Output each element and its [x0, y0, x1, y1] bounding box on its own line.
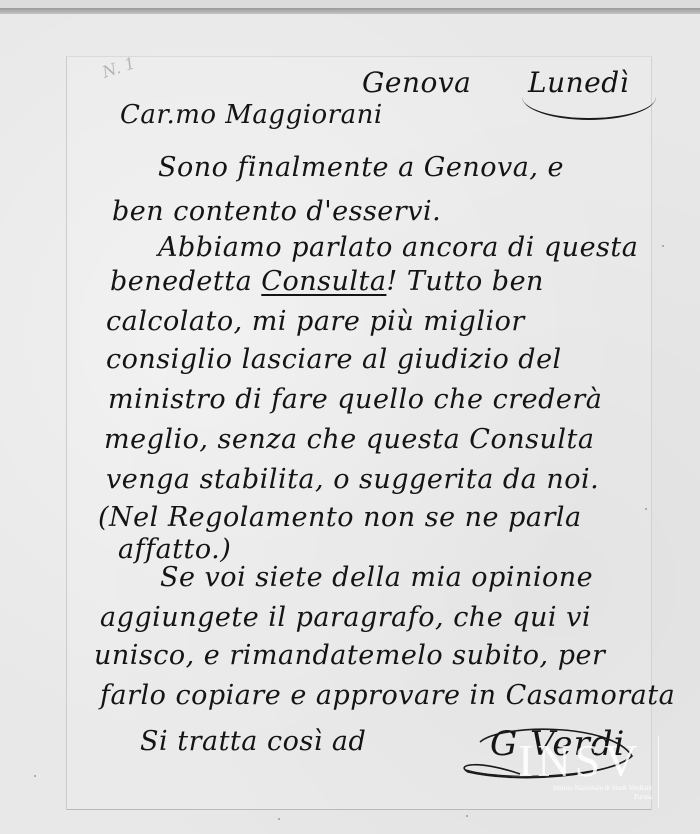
letter-line: consiglio lasciare al giudizio del: [106, 344, 562, 375]
watermark-caption: Istituto Nazionale di Studi Verdiani Par…: [512, 784, 652, 802]
paper-speck: [645, 508, 647, 510]
letter-line: unisco, e rimandatemelo subito, per: [94, 640, 605, 671]
letter-line: aggiungete il paragrafo, che qui vi: [100, 602, 591, 633]
paper-speck: [278, 818, 280, 820]
watermark-caption-line: Istituto Nazionale di Studi Verdiani: [512, 784, 652, 793]
letter-text: ! Tutto ben: [386, 266, 544, 297]
archive-watermark: INSV Istituto Nazionale di Studi Verdian…: [512, 736, 659, 808]
letter-line: calcolato, mi pare più miglior: [106, 306, 525, 337]
letter-line: venga stabilita, o suggerita da noi.: [106, 464, 599, 495]
scan-top-margin: [0, 0, 700, 8]
paper-top-edge: [0, 8, 700, 14]
paper-speck: [34, 775, 36, 777]
underlined-word: Consulta: [261, 266, 386, 297]
salutation: Car.mo Maggiorani: [120, 100, 383, 130]
letter-line: meglio, senza che questa Consulta: [104, 424, 594, 455]
paper-speck: [662, 245, 664, 247]
letter-line: ministro di fare quello che crederà: [108, 384, 602, 415]
paper-speck: [466, 815, 468, 817]
manuscript-scan: N. 1 Car.mo Maggiorani Genova Lunedì Son…: [0, 0, 700, 834]
watermark-caption-line: Parma: [512, 793, 652, 802]
letter-line: Abbiamo parlato ancora di questa: [158, 232, 638, 263]
letter-line-with-underline: benedetta Consulta! Tutto ben: [110, 266, 544, 297]
letter-line: ben contento d'esservi.: [112, 196, 441, 227]
watermark-logo: INSV: [518, 734, 641, 787]
letter-line: (Nel Regolamento non se ne parla: [98, 502, 582, 533]
place-heading: Genova: [362, 66, 471, 99]
letter-text: benedetta: [110, 266, 261, 297]
closing-line: Si tratta così ad: [140, 726, 366, 757]
letter-line: affatto.): [118, 534, 231, 565]
letter-line: Se voi siete della mia opinione: [160, 562, 593, 593]
letter-line: farlo copiare e approvare in Casamorata: [100, 680, 675, 711]
letter-line: Sono finalmente a Genova, e: [158, 152, 564, 183]
